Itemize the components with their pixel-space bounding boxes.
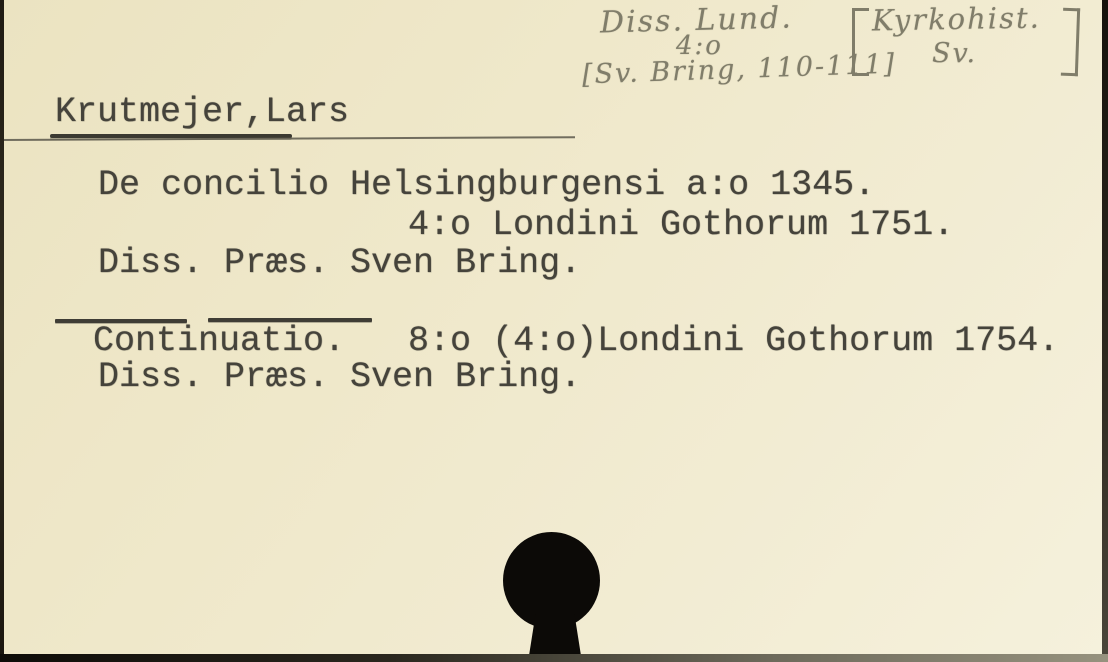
card-left-edge xyxy=(0,0,4,662)
entry1-imprint-line: 4:o Londini Gothorum 1751. xyxy=(408,208,954,243)
right-bracket-mark xyxy=(1061,8,1080,77)
handwritten-subject-line1: Kyrkohist. xyxy=(872,1,1041,38)
handwritten-subject-line2: Sv. xyxy=(932,38,977,69)
card-bottom-edge xyxy=(0,654,1108,662)
entry2-praeses-line: Diss. Præs. Sven Bring. xyxy=(98,360,581,395)
handwritten-reference: [Sv. Bring, 110-111] xyxy=(582,49,897,91)
card-right-edge xyxy=(1102,0,1108,662)
entry1-title-line: De concilio Helsingburgensi a:o 1345. xyxy=(98,168,875,203)
entry2-title-line: Continuatio. 8:o (4:o)Londini Gothorum 1… xyxy=(93,324,1059,359)
author-heading: Krutmejer,Lars xyxy=(55,95,349,130)
entry1-praeses-line: Diss. Præs. Sven Bring. xyxy=(98,246,581,281)
left-bracket-mark xyxy=(852,8,869,76)
catalog-card: Diss. Lund. 4:o [Sv. Bring, 110-111] Kyr… xyxy=(0,0,1108,662)
